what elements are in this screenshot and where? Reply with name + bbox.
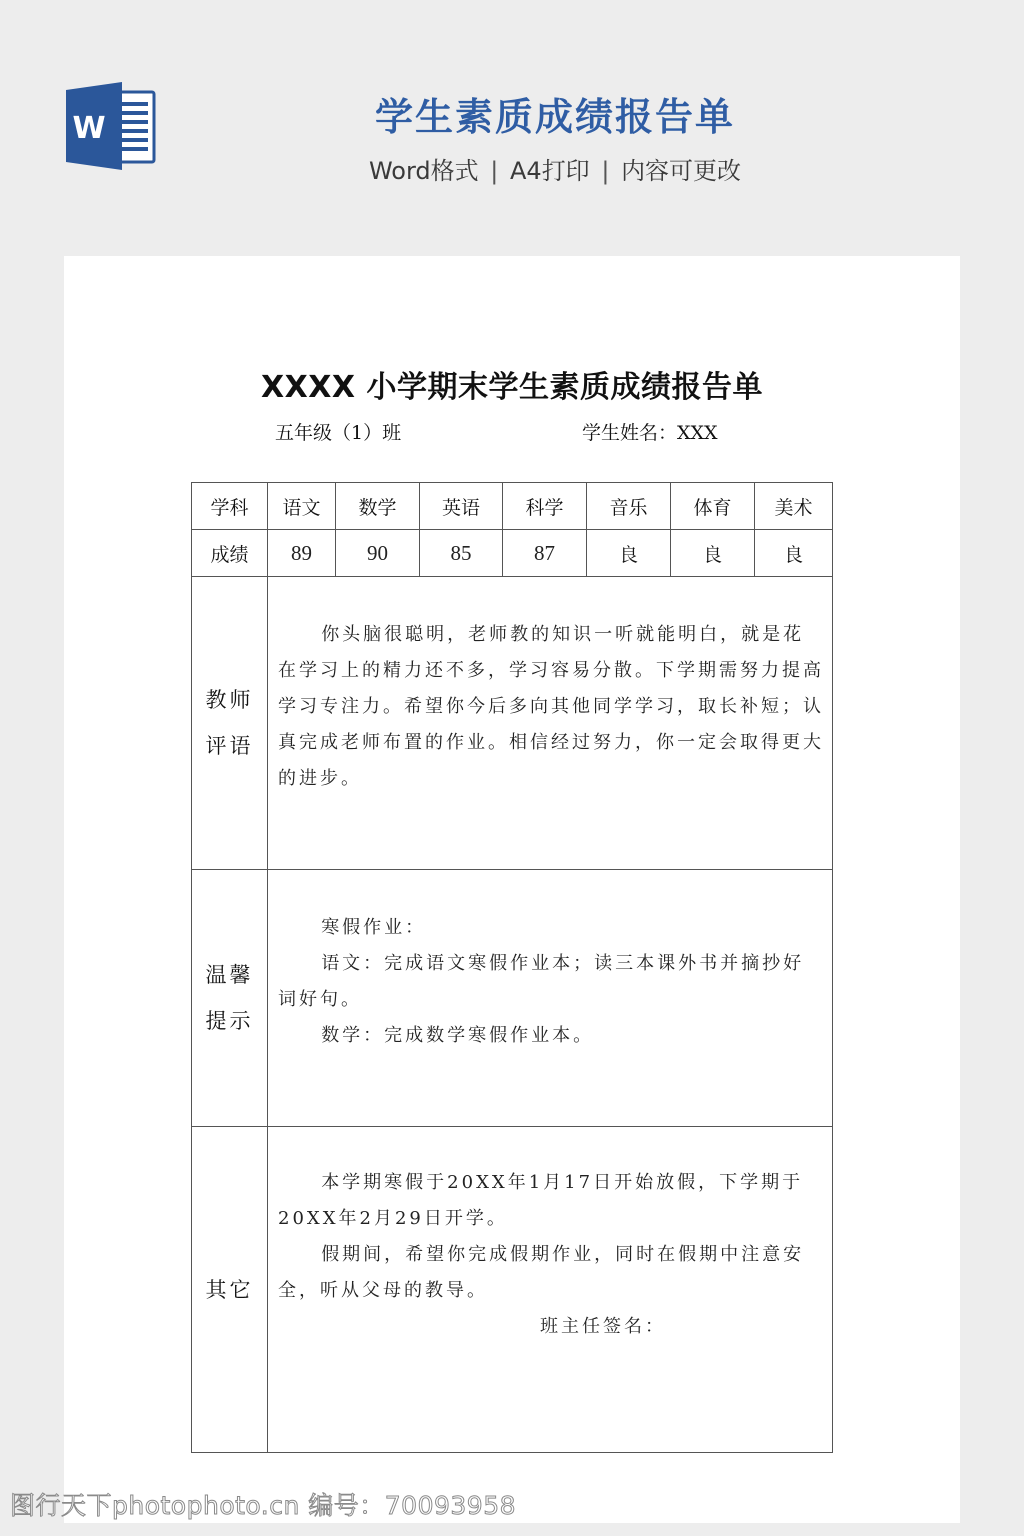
reminder-paragraph: 语文：完成语文寒假作业本；读三本课外书并摘抄好词好句。 [278,946,824,1018]
score-cell: 良 [755,530,833,577]
score-cell: 85 [420,530,503,577]
score-label-cell: 成绩 [192,530,268,577]
reminder-label: 温馨 提示 [192,870,268,1127]
subject-cell: 语文 [268,483,336,530]
subject-header-row: 学科 语文 数学 英语 科学 音乐 体育 美术 [192,483,833,530]
subtitle-separator: | [486,157,502,185]
teacher-comment-row: 教师 评语 你头脑很聪明，老师教的知识一听就能明白，就是花在学习上的精力还不多，… [192,577,833,870]
score-cell: 87 [503,530,587,577]
subtitle-separator: | [597,157,613,185]
score-cell: 良 [587,530,671,577]
watermark-text: 图行天下photophoto.cn 编号：70093958 [10,1488,516,1524]
document-title: XXXX 小学期末学生素质成绩报告单 [64,366,960,410]
teacher-comment-label: 教师 评语 [192,577,268,870]
other-paragraph: 假期间，希望你完成假期作业，同时在假期中注意安全，听从父母的教导。 [278,1237,824,1309]
score-row: 成绩 89 90 85 87 良 良 良 [192,530,833,577]
subtitle-format: Word格式 [369,157,479,185]
other-content: 本学期寒假于20XX年1月17日开始放假，下学期于20XX年2月29日开学。 假… [268,1127,833,1453]
subtitle-editable: 内容可更改 [621,157,741,185]
score-cell: 89 [268,530,336,577]
subject-label-cell: 学科 [192,483,268,530]
reminder-row: 温馨 提示 寒假作业： 语文：完成语文寒假作业本；读三本课外书并摘抄好词好句。 … [192,870,833,1127]
student-name-label: 学生姓名：XXX [582,418,718,448]
score-cell: 良 [671,530,755,577]
reminder-paragraph: 数学：完成数学寒假作业本。 [278,1018,824,1054]
subtitle-print: A4打印 [510,157,590,185]
subject-cell: 数学 [336,483,420,530]
reminder-content: 寒假作业： 语文：完成语文寒假作业本；读三本课外书并摘抄好词好句。 数学：完成数… [268,870,833,1127]
class-label: 五年级（1）班 [275,418,401,448]
svg-text:W: W [72,111,105,146]
other-paragraph: 本学期寒假于20XX年1月17日开始放假，下学期于20XX年2月29日开学。 [278,1165,824,1237]
subject-cell: 科学 [503,483,587,530]
reminder-paragraph: 寒假作业： [278,910,824,946]
report-table: 学科 语文 数学 英语 科学 音乐 体育 美术 成绩 89 90 85 87 良… [191,482,833,1453]
other-label: 其它 [192,1127,268,1453]
teacher-comment-text: 你头脑很聪明，老师教的知识一听就能明白，就是花在学习上的精力还不多，学习容易分散… [278,617,824,797]
banner-title: 学生素质成绩报告单 [290,92,820,142]
subject-cell: 体育 [671,483,755,530]
score-cell: 90 [336,530,420,577]
other-row: 其它 本学期寒假于20XX年1月17日开始放假，下学期于20XX年2月29日开学… [192,1127,833,1453]
subject-cell: 音乐 [587,483,671,530]
banner-subtitle: Word格式 | A4打印 | 内容可更改 [290,152,820,190]
subject-cell: 美术 [755,483,833,530]
document-page: XXXX 小学期末学生素质成绩报告单 五年级（1）班 学生姓名：XXX 学科 语… [64,256,960,1523]
subject-cell: 英语 [420,483,503,530]
teacher-signature-label: 班主任签名： [278,1309,824,1345]
word-document-icon: W [66,82,156,170]
teacher-comment-content: 你头脑很聪明，老师教的知识一听就能明白，就是花在学习上的精力还不多，学习容易分散… [268,577,833,870]
